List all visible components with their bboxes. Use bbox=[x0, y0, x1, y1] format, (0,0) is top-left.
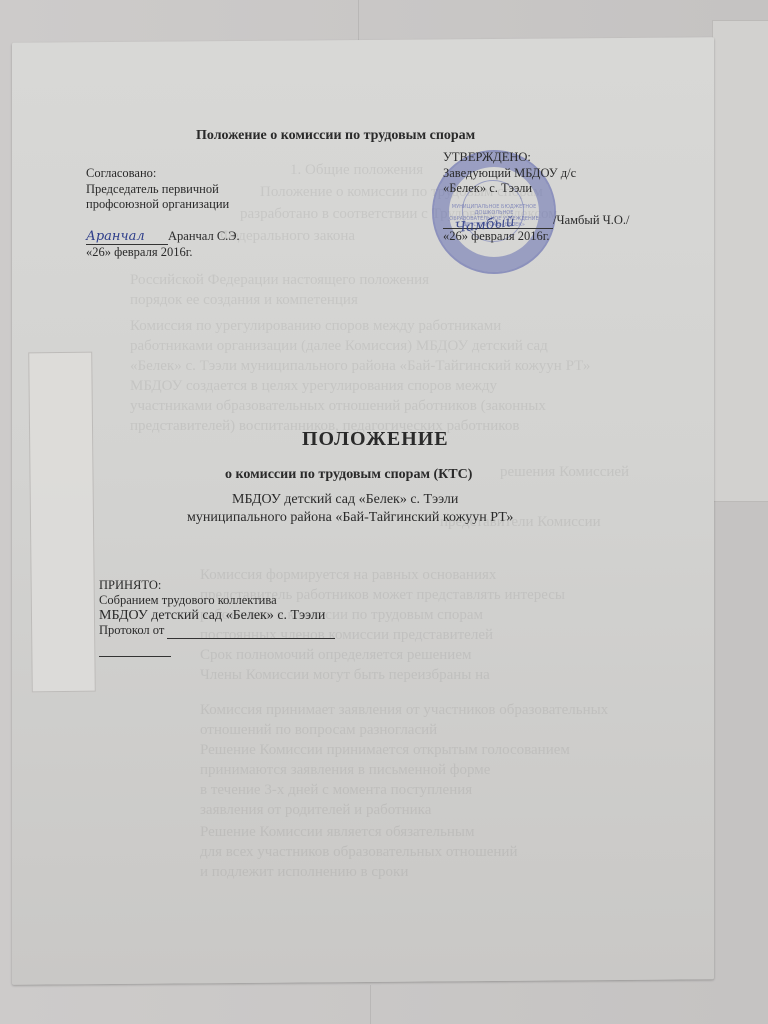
accepted-heading: ПРИНЯТО: bbox=[99, 578, 335, 593]
protocol-label: Протокол от bbox=[99, 623, 164, 637]
protocol-number-line bbox=[99, 641, 171, 657]
accepted-block: ПРИНЯТО: Собранием трудового коллектива … bbox=[99, 578, 335, 657]
document-title: Положение о комиссии по трудовым спорам bbox=[196, 128, 475, 144]
background-sheet bbox=[712, 20, 768, 502]
organization-line-1: МБДОУ детский сад «Белек» с. Тээли bbox=[232, 492, 458, 508]
accepted-line2: МБДОУ детский сад «Белек» с. Тээли bbox=[99, 608, 335, 623]
protocol-row: Протокол от bbox=[99, 623, 335, 639]
agreed-line1: Председатель первичной bbox=[86, 182, 240, 198]
approved-signer-name: /Чамбый Ч.О./ bbox=[553, 213, 630, 227]
protocol-date-line bbox=[167, 623, 335, 639]
agreed-line2: профсоюзной организации bbox=[86, 197, 240, 213]
agreed-block: Согласовано: Председатель первичной проф… bbox=[86, 166, 240, 261]
organization-line-2: муниципального района «Бай-Тайгинский ко… bbox=[187, 510, 513, 526]
wall-seam bbox=[358, 0, 359, 40]
approved-heading: УТВЕРЖДЕНО: bbox=[443, 150, 630, 166]
agreed-date: «26» февраля 2016г. bbox=[86, 245, 240, 261]
sub-heading: о комиссии по трудовым спорам (КТС) bbox=[225, 467, 472, 483]
agreed-heading: Согласовано: bbox=[86, 166, 240, 182]
agreed-signature-line: Аранчал bbox=[86, 229, 168, 246]
agreed-signature-row: АранчалАранчал С.Э. bbox=[86, 229, 240, 246]
protocol-number-row bbox=[99, 641, 335, 657]
agreed-signature: Аранчал bbox=[86, 229, 145, 244]
main-heading: ПОЛОЖЕНИЕ bbox=[302, 428, 449, 451]
approved-line2: «Белек» с. Тээли bbox=[443, 181, 630, 197]
wall-seam bbox=[370, 985, 371, 1024]
adhesive-tape bbox=[28, 352, 96, 693]
agreed-signer-name: Аранчал С.Э. bbox=[168, 229, 240, 243]
approved-line1: Заведующий МБДОУ д/с bbox=[443, 166, 630, 182]
accepted-line1: Собранием трудового коллектива bbox=[99, 593, 335, 608]
